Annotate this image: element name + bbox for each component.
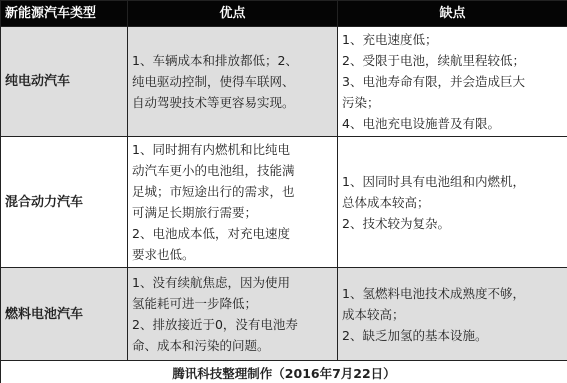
pros-line: 1、车辆成本和排放都低；2、 <box>132 50 333 71</box>
pros-cell: 1、没有续航焦虑，因为使用 氢能耗可进一步降低； 2、排放接近于0，没有电池寿 … <box>128 268 338 361</box>
header-cons: 缺点 <box>338 1 567 27</box>
pros-line: 要求也低。 <box>132 244 333 265</box>
type-cell: 燃料电池汽车 <box>1 268 128 361</box>
comparison-table: 新能源汽车类型 优点 缺点 纯电动汽车 1、车辆成本和排放都低；2、 纯电驱动控… <box>0 0 567 383</box>
pros-line: 可满足长期旅行需要； <box>132 202 333 223</box>
pros-cell: 1、同时拥有内燃机和比纯电 动汽车更小的电池组，技能满 足城；市短途出行的需求，… <box>128 137 338 268</box>
cons-line: 2、受限于电池，续航里程较低； <box>342 50 563 71</box>
header-type: 新能源汽车类型 <box>1 1 128 27</box>
pros-cell: 1、车辆成本和排放都低；2、 纯电驱动控制，使得车联网、 自动驾驶技术等更容易实… <box>128 27 338 137</box>
footer-credit: 腾讯科技整理制作（2016年7月22日） <box>1 361 567 383</box>
pros-line: 2、电池成本低，对充电速度 <box>132 223 333 244</box>
table-row: 纯电动汽车 1、车辆成本和排放都低；2、 纯电驱动控制，使得车联网、 自动驾驶技… <box>1 27 567 137</box>
pros-line: 命、成本和污染的问题。 <box>132 335 333 356</box>
table-row: 混合动力汽车 1、同时拥有内燃机和比纯电 动汽车更小的电池组，技能满 足城；市短… <box>1 137 567 268</box>
table-row: 燃料电池汽车 1、没有续航焦虑，因为使用 氢能耗可进一步降低； 2、排放接近于0… <box>1 268 567 361</box>
cons-line: 1、充电速度低； <box>342 29 563 50</box>
cons-line: 2、技术较为复杂。 <box>342 213 563 234</box>
pros-line: 纯电驱动控制，使得车联网、 <box>132 71 333 92</box>
cons-line: 2、缺乏加氢的基本设施。 <box>342 325 563 346</box>
cons-line: 1、氢燃料电池技术成熟度不够， <box>342 283 563 304</box>
cons-line: 总体成本较高； <box>342 192 563 213</box>
pros-line: 氢能耗可进一步降低； <box>132 293 333 314</box>
pros-line: 1、同时拥有内燃机和比纯电 <box>132 139 333 160</box>
type-cell: 混合动力汽车 <box>1 137 128 268</box>
pros-line: 2、排放接近于0，没有电池寿 <box>132 314 333 335</box>
cons-line: 成本较高； <box>342 304 563 325</box>
cons-line: 1、因同时具有电池组和内燃机， <box>342 171 563 192</box>
header-row: 新能源汽车类型 优点 缺点 <box>1 1 567 27</box>
cons-cell: 1、因同时具有电池组和内燃机， 总体成本较高； 2、技术较为复杂。 <box>338 137 567 268</box>
pros-line: 动汽车更小的电池组，技能满 <box>132 160 333 181</box>
cons-line: 污染； <box>342 92 563 113</box>
cons-cell: 1、充电速度低； 2、受限于电池，续航里程较低； 3、电池寿命有限，并会造成巨大… <box>338 27 567 137</box>
pros-line: 1、没有续航焦虑，因为使用 <box>132 272 333 293</box>
pros-line: 自动驾驶技术等更容易实现。 <box>132 92 333 113</box>
pros-line: 足城；市短途出行的需求，也 <box>132 181 333 202</box>
cons-line: 4、电池充电设施普及有限。 <box>342 113 563 134</box>
cons-line: 3、电池寿命有限，并会造成巨大 <box>342 71 563 92</box>
header-pros: 优点 <box>128 1 338 27</box>
footer-row: 腾讯科技整理制作（2016年7月22日） <box>1 361 567 383</box>
cons-cell: 1、氢燃料电池技术成熟度不够， 成本较高； 2、缺乏加氢的基本设施。 <box>338 268 567 361</box>
type-cell: 纯电动汽车 <box>1 27 128 137</box>
